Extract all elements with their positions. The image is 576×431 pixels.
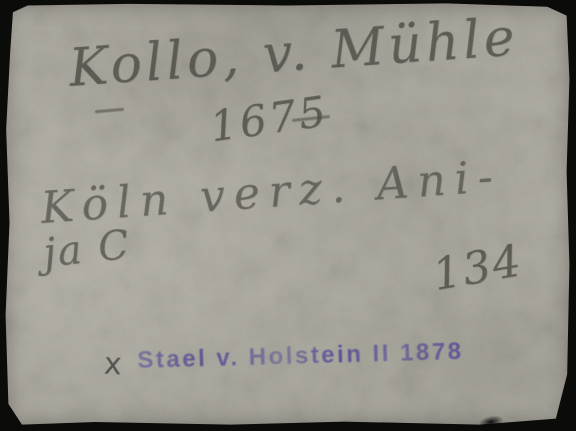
collection-stamp: Stael v. Holstein II 1878	[137, 338, 464, 375]
pencil-x-mark: x	[103, 347, 123, 383]
paper-label: Kollo, v. Mühle 1675 Köln verz. Ani- ja …	[5, 3, 570, 425]
pencil-underline-mark	[95, 108, 124, 114]
lot-number: 134	[429, 235, 526, 301]
handwriting-line-3: Köln verz. Ani-	[39, 151, 503, 234]
handwriting-line-4: ja C	[41, 222, 133, 277]
handwriting-line-1: Kollo, v. Mühle	[67, 8, 520, 99]
scanned-photo: Kollo, v. Mühle 1675 Köln verz. Ani- ja …	[0, 0, 576, 431]
